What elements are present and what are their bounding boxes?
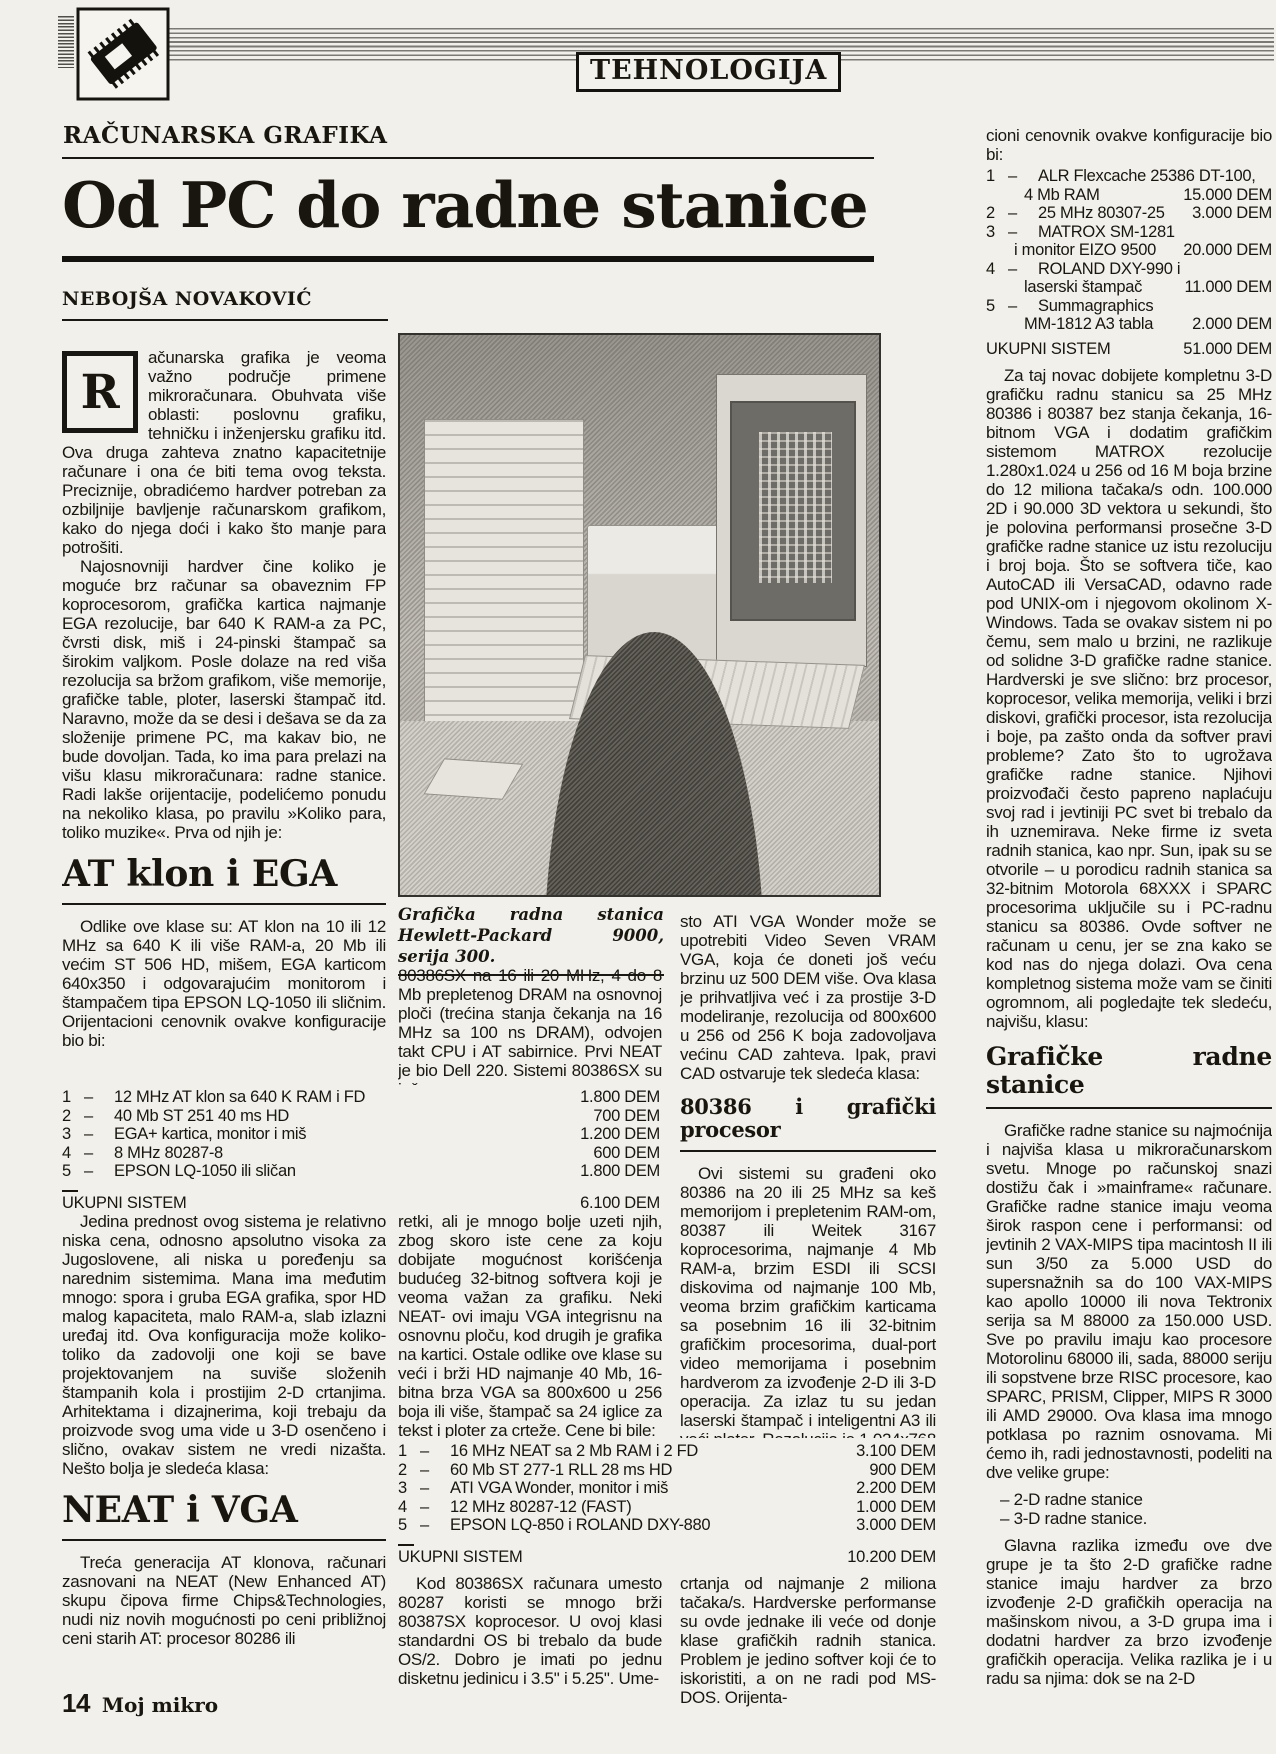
item-label: ALR Flexcache 25386 DT-100, [1038, 167, 1272, 186]
pricelist-row: 2 – 25 MHz 80307-25 3.000 DEM [986, 204, 1272, 223]
pricelist-row: 2 – 60 Mb ST 277-1 RLL 28 ms HD 900 DEM [398, 1461, 936, 1480]
item-price: 15.000 DEM [1175, 186, 1272, 205]
paragraph: cioni cenovnik ovakve konfiguracije bio … [986, 126, 1272, 164]
item-label: 60 Mb ST 277-1 RLL 28 ms HD [450, 1461, 861, 1480]
item-label: Summagraphics [1038, 297, 1272, 316]
pricelist-row-continuation: i monitor EIZO 9500 20.000 DEM [986, 241, 1272, 260]
page-number: 14 [62, 1688, 90, 1719]
item-dash: – [420, 1442, 450, 1461]
item-number: 4 [398, 1498, 420, 1517]
paragraph: Odlike ove klase su: AT klon na 10 ili 1… [62, 917, 386, 1050]
item-label-line2: MM-1812 A3 tabla [986, 315, 1184, 334]
photo-tower-unit [424, 419, 584, 735]
chip-icon-graphic [74, 6, 172, 102]
pricelist-row-continuation: laserski štampač 11.000 DEM [986, 278, 1272, 297]
item-price: 1.800 DEM [572, 1162, 660, 1181]
item-price: 20.000 DEM [1175, 241, 1272, 260]
dropcap-box: R [62, 351, 138, 433]
item-dash: – [1008, 260, 1038, 279]
photo-monitor-screen [730, 401, 856, 620]
item-number: 5 [62, 1162, 84, 1181]
section-tag-label: TEHNOLOGIJA [590, 55, 827, 86]
magazine-page: TEHNOLOGIJA RAČUNARSKA GRAFIKA Od PC do … [0, 0, 1276, 1754]
total-price: 51.000 DEM [1175, 340, 1272, 359]
total-label: UKUPNI SISTEM [398, 1548, 839, 1567]
item-number: 5 [398, 1516, 420, 1535]
item-number: 1 [62, 1088, 84, 1107]
item-number: 4 [62, 1144, 84, 1163]
item-label: 12 MHz AT klon sa 640 K RAM i FD [114, 1088, 572, 1107]
list-item: – 3-D radne stanice. [1000, 1509, 1272, 1528]
paragraph: Za taj novac dobijete kompletnu 3-D graf… [986, 366, 1272, 1031]
item-label: 12 MHz 80287-12 (FAST) [450, 1498, 848, 1517]
item-dash: – [420, 1498, 450, 1517]
pricelist-row: 4 – 8 MHz 80287-8 600 DEM [62, 1144, 660, 1163]
item-dash: – [1008, 223, 1038, 242]
item-dash: – [420, 1479, 450, 1498]
column-2-middle: retki, ali je mnogo bolje uzeti njih, zb… [398, 1212, 662, 1438]
pricelist-row: 2 – 40 Mb ST 251 40 ms HD 700 DEM [62, 1107, 660, 1126]
column-1-top: R ačunarska grafika je veoma važno podru… [62, 348, 386, 1085]
column-3-bottom: crtanja od najmanje 2 miliona tačaka/s. … [680, 1574, 936, 1707]
item-price: 600 DEM [585, 1144, 660, 1163]
item-price: 3.000 DEM [848, 1516, 936, 1535]
pricelist-row: 3 – ATI VGA Wonder, monitor i miš 2.200 … [398, 1479, 936, 1498]
section-tag: TEHNOLOGIJA [576, 52, 841, 92]
item-label: MATROX SM-1281 [1038, 223, 1272, 242]
workstation-photo [398, 333, 881, 897]
paragraph: Jedina prednost ovog sistema je relativn… [62, 1212, 386, 1478]
pricelist-workstation: 1 – ALR Flexcache 25386 DT-100, 4 Mb RAM… [986, 167, 1272, 358]
paragraph: Grafičke radne stanice su najmoćnija i n… [986, 1121, 1272, 1482]
pricelist-row: 5 – EPSON LQ-1050 ili sličan 1.800 DEM [62, 1162, 660, 1181]
item-dash: – [84, 1107, 114, 1126]
page-footer: 14 Moj mikro [62, 1688, 218, 1719]
paragraph: Kod 80386SX računara umesto 80287 korist… [398, 1574, 662, 1688]
item-number: 2 [62, 1107, 84, 1126]
heading-rule [62, 1539, 386, 1541]
item-number: 4 [986, 260, 1008, 279]
section-heading-386: 80386 i grafički procesor [680, 1095, 936, 1141]
paragraph: sto ATI VGA Wonder može se upotrebiti Vi… [680, 912, 936, 1083]
heading-rule [680, 1150, 936, 1152]
section-heading-at-klon: AT klon i EGA [62, 856, 386, 894]
paragraph: retki, ali je mnogo bolje uzeti njih, zb… [398, 1212, 662, 1438]
item-price: 1.200 DEM [572, 1125, 660, 1144]
paragraph: crtanja od najmanje 2 miliona tačaka/s. … [680, 1574, 936, 1707]
item-label: 16 MHz NEAT sa 2 Mb RAM i 2 FD [450, 1442, 848, 1461]
pricelist-row: 1 – ALR Flexcache 25386 DT-100, [986, 167, 1272, 186]
item-dash: – [84, 1125, 114, 1144]
item-price: 1.000 DEM [848, 1498, 936, 1517]
pricelist-row-continuation: 4 Mb RAM 15.000 DEM [986, 186, 1272, 205]
item-price: 2.000 DEM [1184, 315, 1272, 334]
kicker: RAČUNARSKA GRAFIKA [63, 122, 387, 149]
workstation-type-list: – 2-D radne stanice – 3-D radne stanice. [1000, 1490, 1272, 1528]
item-dash: – [420, 1461, 450, 1480]
item-label: 25 MHz 80307-25 [1038, 204, 1184, 223]
pricelist-row: 3 – MATROX SM-1281 [986, 223, 1272, 242]
item-label-line2: i monitor EIZO 9500 [986, 241, 1175, 260]
item-label: EPSON LQ-1050 ili sličan [114, 1162, 572, 1181]
item-dash: – [420, 1516, 450, 1535]
item-dash: – [1008, 297, 1038, 316]
magazine-name: Moj mikro [102, 1693, 218, 1717]
page-title: Od PC do radne stanice [62, 168, 868, 242]
column-4: cioni cenovnik ovakve konfiguracije bio … [986, 126, 1272, 1750]
item-number: 1 [986, 167, 1008, 186]
pricelist-row-continuation: MM-1812 A3 tabla 2.000 DEM [986, 315, 1272, 334]
total-label: UKUPNI SISTEM [986, 340, 1175, 359]
item-dash: – [84, 1088, 114, 1107]
pricelist-total-row: UKUPNI SISTEM 51.000 DEM [986, 340, 1272, 359]
pricelist-total-row: UKUPNI SISTEM 10.200 DEM [398, 1548, 936, 1567]
column-1-bottom: Jedina prednost ovog sistema je relativn… [62, 1212, 386, 1680]
total-price: 6.100 DEM [572, 1194, 660, 1213]
item-price: 2.200 DEM [848, 1479, 936, 1498]
total-label: UKUPNI SISTEM [62, 1194, 572, 1213]
paragraph: Najosnovniji hardver čine koliko je mogu… [62, 557, 386, 842]
pricelist-row: 1 – 16 MHz NEAT sa 2 Mb RAM i 2 FD 3.100… [398, 1442, 936, 1461]
column-2-top: 80386SX na 16 ili 20 MHz, 4 do 8 Mb prep… [398, 966, 662, 1085]
item-label: 8 MHz 80287-8 [114, 1144, 585, 1163]
item-label-line2: 4 Mb RAM [986, 186, 1175, 205]
pricelist-row: 5 – Summagraphics [986, 297, 1272, 316]
item-label: ROLAND DXY-990 i [1038, 260, 1272, 279]
section-heading-neat: NEAT i VGA [62, 1492, 386, 1530]
item-number: 2 [398, 1461, 420, 1480]
header-mini-stripes [58, 16, 74, 68]
paragraph: 80386SX na 16 ili 20 MHz, 4 do 8 Mb prep… [398, 966, 662, 1085]
kicker-rule [62, 157, 874, 159]
pricelist-row: 3 – EGA+ kartica, monitor i miš 1.200 DE… [62, 1125, 660, 1144]
heading-rule [986, 1107, 1272, 1109]
item-price: 900 DEM [861, 1461, 936, 1480]
pricelist-row: 4 – 12 MHz 80287-12 (FAST) 1.000 DEM [398, 1498, 936, 1517]
item-dash: – [84, 1162, 114, 1181]
item-dash: – [1008, 167, 1038, 186]
photo-monitor [716, 374, 866, 667]
total-price: 10.200 DEM [839, 1548, 936, 1567]
chip-icon [74, 6, 172, 102]
item-number: 2 [986, 204, 1008, 223]
item-number: 3 [986, 223, 1008, 242]
pricelist-row: 5 – EPSON LQ-850 i ROLAND DXY-880 3.000 … [398, 1516, 936, 1535]
column-3-top: sto ATI VGA Wonder može se upotrebiti Vi… [680, 912, 936, 1438]
section-heading-workstations: Grafičke radne stanice [986, 1043, 1272, 1098]
item-number: 3 [62, 1125, 84, 1144]
pricelist-row: 1 – 12 MHz AT klon sa 640 K RAM i FD 1.8… [62, 1088, 660, 1107]
pricelist-row: 4 – ROLAND DXY-990 i [986, 260, 1272, 279]
item-label-line2: laserski štampač [986, 278, 1177, 297]
item-dash: – [84, 1144, 114, 1163]
pricelist-total-row: UKUPNI SISTEM 6.100 DEM [62, 1194, 660, 1213]
author-byline: NEBOJŠA NOVAKOVIĆ [62, 288, 388, 321]
pricelist-ega: 1 – 12 MHz AT klon sa 640 K RAM i FD 1.8… [62, 1088, 660, 1212]
item-label: 40 Mb ST 251 40 ms HD [114, 1107, 585, 1126]
total-rule [62, 1190, 78, 1192]
list-item: – 2-D radne stanice [1000, 1490, 1272, 1509]
item-price: 1.800 DEM [572, 1088, 660, 1107]
item-label: EPSON LQ-850 i ROLAND DXY-880 [450, 1516, 848, 1535]
pricelist-neat: 1 – 16 MHz NEAT sa 2 Mb RAM i 2 FD 3.100… [398, 1442, 936, 1566]
item-number: 3 [398, 1479, 420, 1498]
item-number: 5 [986, 297, 1008, 316]
title-rule [62, 256, 874, 262]
paragraph: Glavna razlika između ove dve grupe je t… [986, 1536, 1272, 1688]
column-2-bottom: Kod 80386SX računara umesto 80287 korist… [398, 1574, 662, 1688]
item-label: ATI VGA Wonder, monitor i miš [450, 1479, 848, 1498]
paragraph: Treća generacija AT klonova, računari za… [62, 1553, 386, 1648]
item-label: EGA+ kartica, monitor i miš [114, 1125, 572, 1144]
item-dash: – [1008, 204, 1038, 223]
heading-rule [62, 903, 386, 905]
item-price: 11.000 DEM [1177, 278, 1273, 297]
item-number: 1 [398, 1442, 420, 1461]
item-price: 700 DEM [585, 1107, 660, 1126]
item-price: 3.100 DEM [848, 1442, 936, 1461]
item-price: 3.000 DEM [1184, 204, 1272, 223]
total-rule [398, 1544, 414, 1546]
paragraph: Ovi sistemi su građeni oko 80386 na 20 i… [680, 1164, 936, 1438]
